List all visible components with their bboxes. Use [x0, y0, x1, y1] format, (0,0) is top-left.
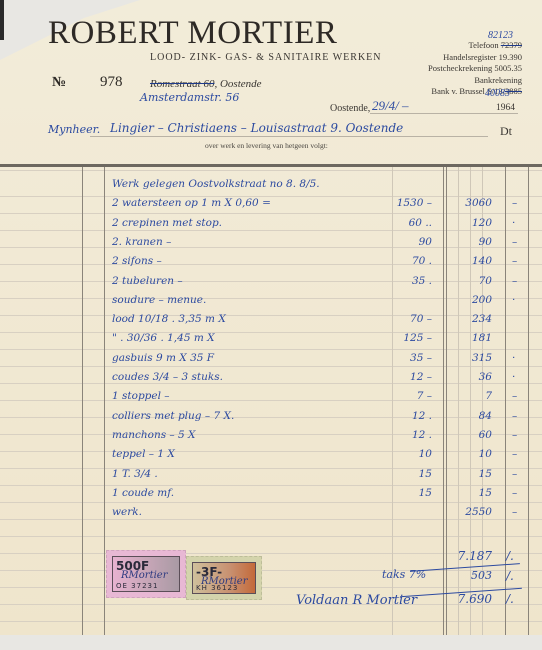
line-item-total: 15	[432, 487, 492, 499]
telefoon-struck: 72379	[501, 40, 522, 50]
line-item-total: 315	[432, 352, 492, 364]
stamp-face: -3F- RMortier KH 36123	[192, 562, 256, 594]
line-item-unit-price: 90	[372, 236, 432, 248]
line-item-total: 60	[432, 429, 492, 441]
printed-city: , Oostende	[214, 78, 261, 90]
handelsregister-label: Handelsregister	[443, 52, 496, 62]
line-item-unit-price: 12 .	[372, 410, 432, 422]
line-item-total: 200	[432, 294, 492, 306]
invoice-number-label: №	[52, 75, 66, 91]
revenue-stamp-500f: 500F RMortier OE 37231	[106, 550, 186, 598]
addressee-label: Mynheer.	[48, 123, 100, 136]
info-handelsregister: Handelsregister 19.390	[428, 52, 522, 64]
column-divider-2	[104, 167, 105, 635]
line-item-cents: ·	[512, 217, 515, 229]
line-item-cents: –	[512, 448, 517, 460]
company-trade: LOOD- ZINK- GAS- & SANITAIRE WERKEN	[150, 52, 382, 63]
line-item-total: 181	[432, 332, 492, 344]
line-item-cents: –	[512, 410, 517, 422]
line-item-description: colliers met plug – 7 X.	[112, 410, 234, 422]
line-item-unit-price: 70 –	[372, 313, 432, 325]
grand-total-value: 7.690	[432, 592, 492, 606]
grand-total-mark: /.	[506, 592, 514, 606]
line-item-cents: –	[512, 255, 517, 267]
tax-label: taks 7%	[382, 568, 426, 581]
line-item-cents: –	[512, 506, 517, 518]
line-item-description: lood 10/18 . 3,35 m X	[112, 313, 226, 325]
company-name: ROBERT MORTIER	[48, 15, 337, 52]
line-item-unit-price: 35 .	[372, 275, 432, 287]
line-item-unit-price: 70 .	[372, 255, 432, 267]
line-item-unit-price: 10	[372, 448, 432, 460]
line-item-description: soudure – menue.	[112, 294, 206, 306]
line-item-unit-price: 7 –	[372, 390, 432, 402]
stamp-serial: OE 37231	[116, 582, 158, 590]
line-item-unit-price: 15	[372, 468, 432, 480]
line-item-unit-price: 35 –	[372, 352, 432, 364]
line-item-description: 1 coude mf.	[112, 487, 174, 499]
line-item-cents: –	[512, 487, 517, 499]
subtotal-value: 7.187	[432, 549, 492, 563]
line-item-description: 2 sifons –	[112, 255, 162, 267]
line-item-cents: –	[512, 429, 517, 441]
line-item-total: 36	[432, 371, 492, 383]
line-item-total: 120	[432, 217, 492, 229]
column-divider-right	[528, 167, 529, 635]
subtotal-mark: /.	[506, 549, 514, 563]
line-item-cents: –	[512, 197, 517, 209]
line-item-total: 10	[432, 448, 492, 460]
handwritten-bank: 40083	[485, 88, 510, 99]
date-underline	[370, 113, 518, 114]
line-item-cents: –	[512, 236, 517, 248]
customer-name: Lingier – Christiaens – Louisastraat 9. …	[110, 121, 403, 135]
line-item-unit-price: 12 .	[372, 429, 432, 441]
telefoon-label: Telefoon	[469, 40, 499, 50]
info-postcheck: Postcheckrekening 5005.35	[428, 63, 522, 75]
line-item-total: 70	[432, 275, 492, 287]
intro-text: over werk en levering van hetgeen volgt:	[205, 141, 328, 150]
line-item-unit-price: 60 ..	[372, 217, 432, 229]
line-item-cents: ·	[512, 294, 515, 306]
line-item-unit-price: 125 –	[372, 332, 432, 344]
line-item-description: Werk gelegen Oostvolkstraat no 8. 8/5.	[112, 178, 320, 190]
line-item-cents: –	[512, 468, 517, 480]
line-item-cents: ·	[512, 371, 515, 383]
invoice-sheet: ROBERT MORTIER LOOD- ZINK- GAS- & SANITA…	[0, 0, 542, 640]
line-item-description: 1 T. 3/4 .	[112, 468, 158, 480]
line-item-description: 2. kranen –	[112, 236, 171, 248]
handelsregister-value: 19.390	[499, 52, 522, 62]
invoice-year: 1964	[496, 103, 515, 113]
tax-mark: /.	[506, 569, 514, 583]
line-item-cents: –	[512, 390, 517, 402]
handwritten-address: Amsterdamstr. 56	[140, 91, 239, 104]
customer-underline	[90, 136, 488, 137]
line-item-description: " . 30/36 . 1,45 m X	[112, 332, 215, 344]
line-item-description: werk.	[112, 506, 142, 518]
bank-label: Bank v. Brussel	[431, 86, 485, 96]
line-item-cents: ·	[512, 352, 515, 364]
line-item-total: 140	[432, 255, 492, 267]
line-item-total: 84	[432, 410, 492, 422]
received-signature: Voldaan R Mortier	[296, 593, 417, 608]
invoice-date: 29/4/ –	[372, 98, 408, 114]
line-item-unit-price: 1530 –	[372, 197, 432, 209]
info-telefoon: Telefoon 72379	[428, 40, 522, 52]
line-item-total: 7	[432, 390, 492, 402]
revenue-stamp-3f: -3F- RMortier KH 36123	[186, 556, 262, 600]
column-divider-1	[82, 167, 83, 635]
place-label: Oostende,	[330, 103, 370, 114]
line-item-description: 2 watersteen op 1 m X 0,60 =	[112, 197, 271, 209]
line-item-description: coudes 3/4 – 3 stuks.	[112, 371, 223, 383]
stamp-face: 500F RMortier OE 37231	[112, 556, 180, 592]
printed-street-struck: Romestraat 60	[150, 78, 214, 90]
line-item-total: 90	[432, 236, 492, 248]
line-item-description: teppel – 1 X	[112, 448, 175, 460]
postcheck-label: Postcheckrekening	[428, 63, 492, 73]
line-item-cents: –	[512, 275, 517, 287]
line-item-total: 2550	[432, 506, 492, 518]
line-item-unit-price: 12 –	[372, 371, 432, 383]
line-item-total: 234	[432, 313, 492, 325]
printed-address: Romestraat 60, Oostende	[150, 78, 262, 90]
line-item-description: 2 tubeluren –	[112, 275, 183, 287]
invoice-number: 978	[100, 74, 123, 91]
torn-edge	[0, 0, 4, 40]
stamp-serial: KH 36123	[196, 584, 238, 592]
postcheck-value: 5005.35	[494, 63, 522, 73]
stamp-cancel-signature: RMortier	[121, 570, 167, 581]
line-item-unit-price: 15	[372, 487, 432, 499]
line-item-description: 1 stoppel –	[112, 390, 170, 402]
line-item-description: manchons – 5 X	[112, 429, 196, 441]
debit-label: Dt	[500, 124, 512, 139]
tax-value: 503	[432, 569, 492, 582]
line-item-description: 2 crepinen met stop.	[112, 217, 222, 229]
info-bank-heading: Bankrekening	[428, 75, 522, 87]
scan-background	[0, 635, 542, 650]
line-item-total: 15	[432, 468, 492, 480]
line-item-total: 3060	[432, 197, 492, 209]
line-item-description: gasbuis 9 m X 35 F	[112, 352, 214, 364]
